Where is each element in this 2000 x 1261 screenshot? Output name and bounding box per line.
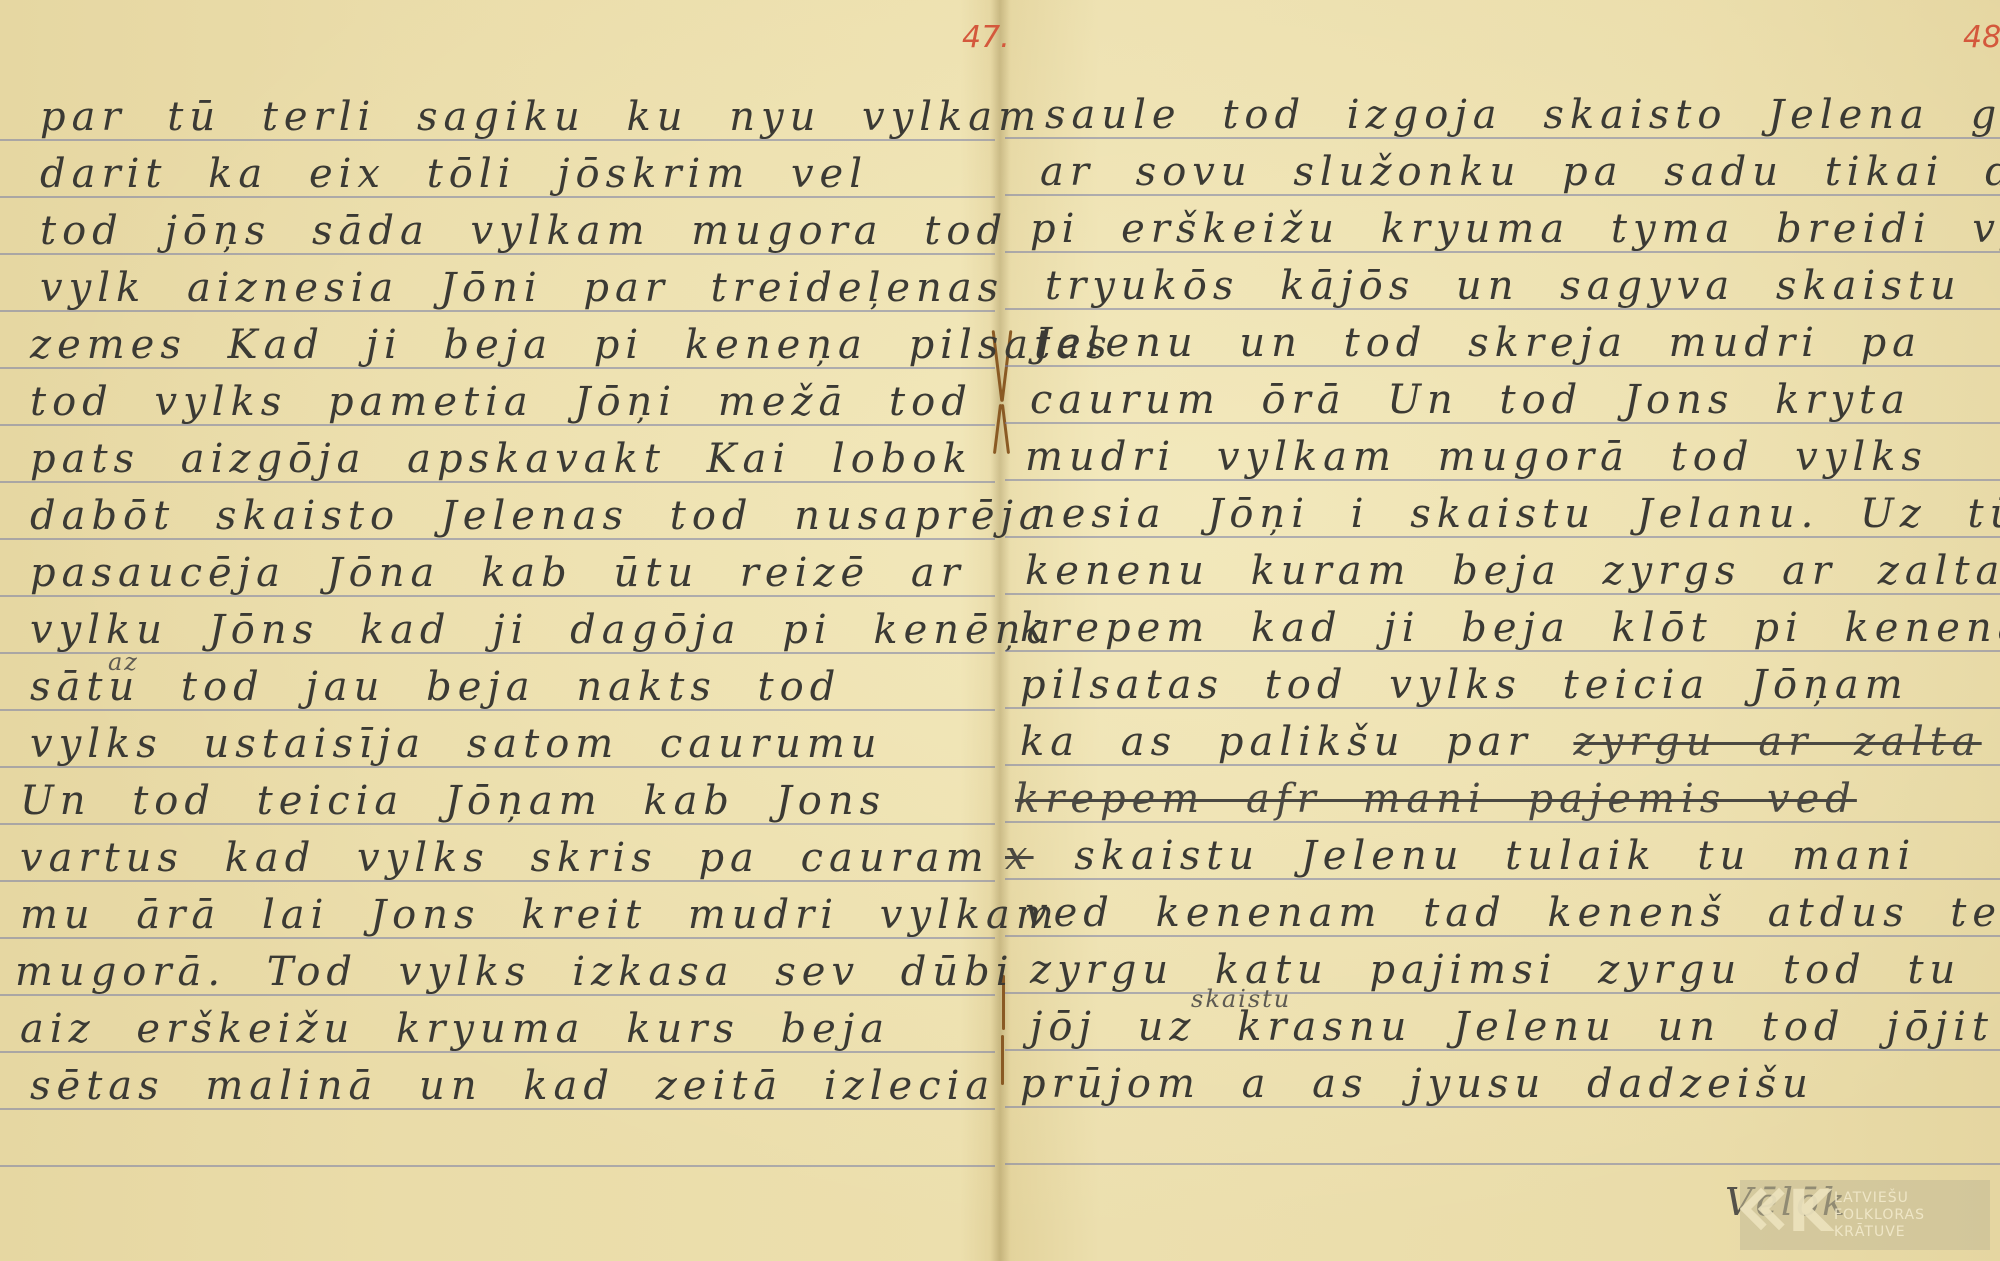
- handwritten-line: vylku Jōns kad ji dagōja pi kenēņa: [30, 607, 1056, 653]
- handwritten-line: pasaucēja Jōna kab ūtu reizē ar: [30, 550, 966, 596]
- margin-mark: x: [1005, 833, 1034, 879]
- handwritten-line: x skaistu Jelenu tulaik tu mani: [1005, 833, 1916, 879]
- handwritten-line: zyrgu katu pajimsi zyrgu tod tu: [1030, 947, 1961, 993]
- handwritten-line: pats aizgōja apskavakt Kai lobok: [30, 436, 973, 482]
- handwritten-line: mu ārā lai Jons kreit mudri vylkam: [20, 892, 1060, 938]
- handwritten-line: aiz erškeižu kryuma kurs beja: [20, 1006, 890, 1052]
- handwritten-line: jōj uz krasnu Jelenu un tod jōjit: [1030, 1004, 1994, 1050]
- handwritten-line: saule tod izgoja skaisto Jelena gulōtu: [1045, 92, 2000, 138]
- handwritten-line: krepem afr mani pajemis ved: [1015, 776, 1857, 822]
- right-page: 48. saule tod izgoja skaisto Jelena gulō…: [1005, 0, 2000, 1261]
- struck-text: zyrgu ar zalta: [1573, 719, 1981, 765]
- handwritten-line: pi erškeižu kryuma tyma breidi vylks: [1030, 206, 2000, 252]
- spine-stitch-bottom-2: [1001, 1035, 1004, 1085]
- handwritten-line: ar sovu služonku pa sadu tikai dagoja: [1040, 149, 2000, 195]
- handwritten-line: krepem kad ji beja klōt pi kenena: [1020, 605, 2000, 651]
- handwritten-line: kenenu kuram beja zyrgs ar zalta: [1025, 548, 2000, 594]
- handwritten-line: tod jōņs sāda vylkam mugora tod: [40, 208, 1008, 254]
- handwritten-line: par tū terli sagiku ku nyu vylkam: [40, 94, 1042, 140]
- handwritten-line: ka as palikšu par zyrgu ar zalta: [1020, 719, 1982, 765]
- manuscript-spread: 47. par tū terli sagiku ku nyu vylkam da…: [0, 0, 2000, 1261]
- handwritten-line: caurum ōrā Un tod Jons kryta: [1030, 377, 1911, 423]
- line-text: ka as palikšu par: [1020, 719, 1533, 765]
- handwritten-line: prūjom a as jyusu dadzeišu: [1020, 1061, 1814, 1107]
- handwritten-line: tryukōs kājōs un sagyva skaistu: [1045, 263, 1962, 309]
- left-page: 47. par tū terli sagiku ku nyu vylkam da…: [0, 0, 995, 1261]
- ruled-line: [0, 1165, 995, 1167]
- handwritten-line: ved kenenam tad kenenš atdus ter: [1025, 890, 2000, 936]
- handwritten-line: dabōt skaisto Jelenas tod nusaprēja: [30, 493, 1049, 539]
- line-text: skaistu Jelenu tulaik tu mani: [1074, 833, 1916, 879]
- archive-watermark: K LATVIEŠU FOLKLORAS KRĀTUVE: [1740, 1180, 1990, 1250]
- struck-text: krepem afr mani pajemis ved: [1015, 776, 1857, 822]
- watermark-text: LATVIEŠU FOLKLORAS KRĀTUVE: [1834, 1190, 1925, 1241]
- watermark-line: FOLKLORAS: [1834, 1207, 1925, 1224]
- handwritten-line: sētas malinā un kad zeitā izlecia: [30, 1063, 995, 1109]
- handwritten-line: pilsatas tod vylks teicia Jōņam: [1020, 662, 1909, 708]
- page-number-left: 47.: [962, 20, 1010, 55]
- ruled-line: [1005, 1163, 2000, 1165]
- handwritten-line: sātu tod jau beja nakts tod: [30, 664, 841, 710]
- handwritten-line: vylk aiznesia Jōni par treideļenas: [40, 265, 1004, 311]
- lfk-logo-icon: K: [1740, 1180, 1820, 1250]
- handwritten-line: zemes Kad ji beja pi keneņa pilsatas: [30, 322, 1113, 368]
- handwritten-line: tod vylks pametia Jōņi mežā tod: [30, 379, 973, 425]
- handwritten-line: Jelenu un tod skreja mudri pa: [1035, 320, 1922, 366]
- watermark-line: LATVIEŠU: [1834, 1190, 1925, 1207]
- page-number-right: 48.: [1963, 20, 2000, 55]
- handwritten-line: vylks ustaisīja satom caurumu: [30, 721, 883, 767]
- handwritten-line: nesia Jōņi i skaistu Jelanu. Uz tū: [1030, 491, 2000, 537]
- watermark-line: KRĀTUVE: [1834, 1224, 1925, 1241]
- handwritten-line: vartus kad vylks skris pa cauram: [20, 835, 990, 881]
- handwritten-line: mudri vylkam mugorā tod vylks: [1025, 434, 1928, 480]
- handwritten-line: mugorā. Tod vylks izkasa sev dūbi: [15, 949, 1015, 995]
- logo-letter: K: [1788, 1182, 1833, 1240]
- handwritten-line: darit ka eix tōli jōskrim vel: [40, 151, 868, 197]
- interlinear-note: az: [108, 648, 139, 676]
- handwritten-line: Un tod teicia Jōņam kab Jons: [20, 778, 886, 824]
